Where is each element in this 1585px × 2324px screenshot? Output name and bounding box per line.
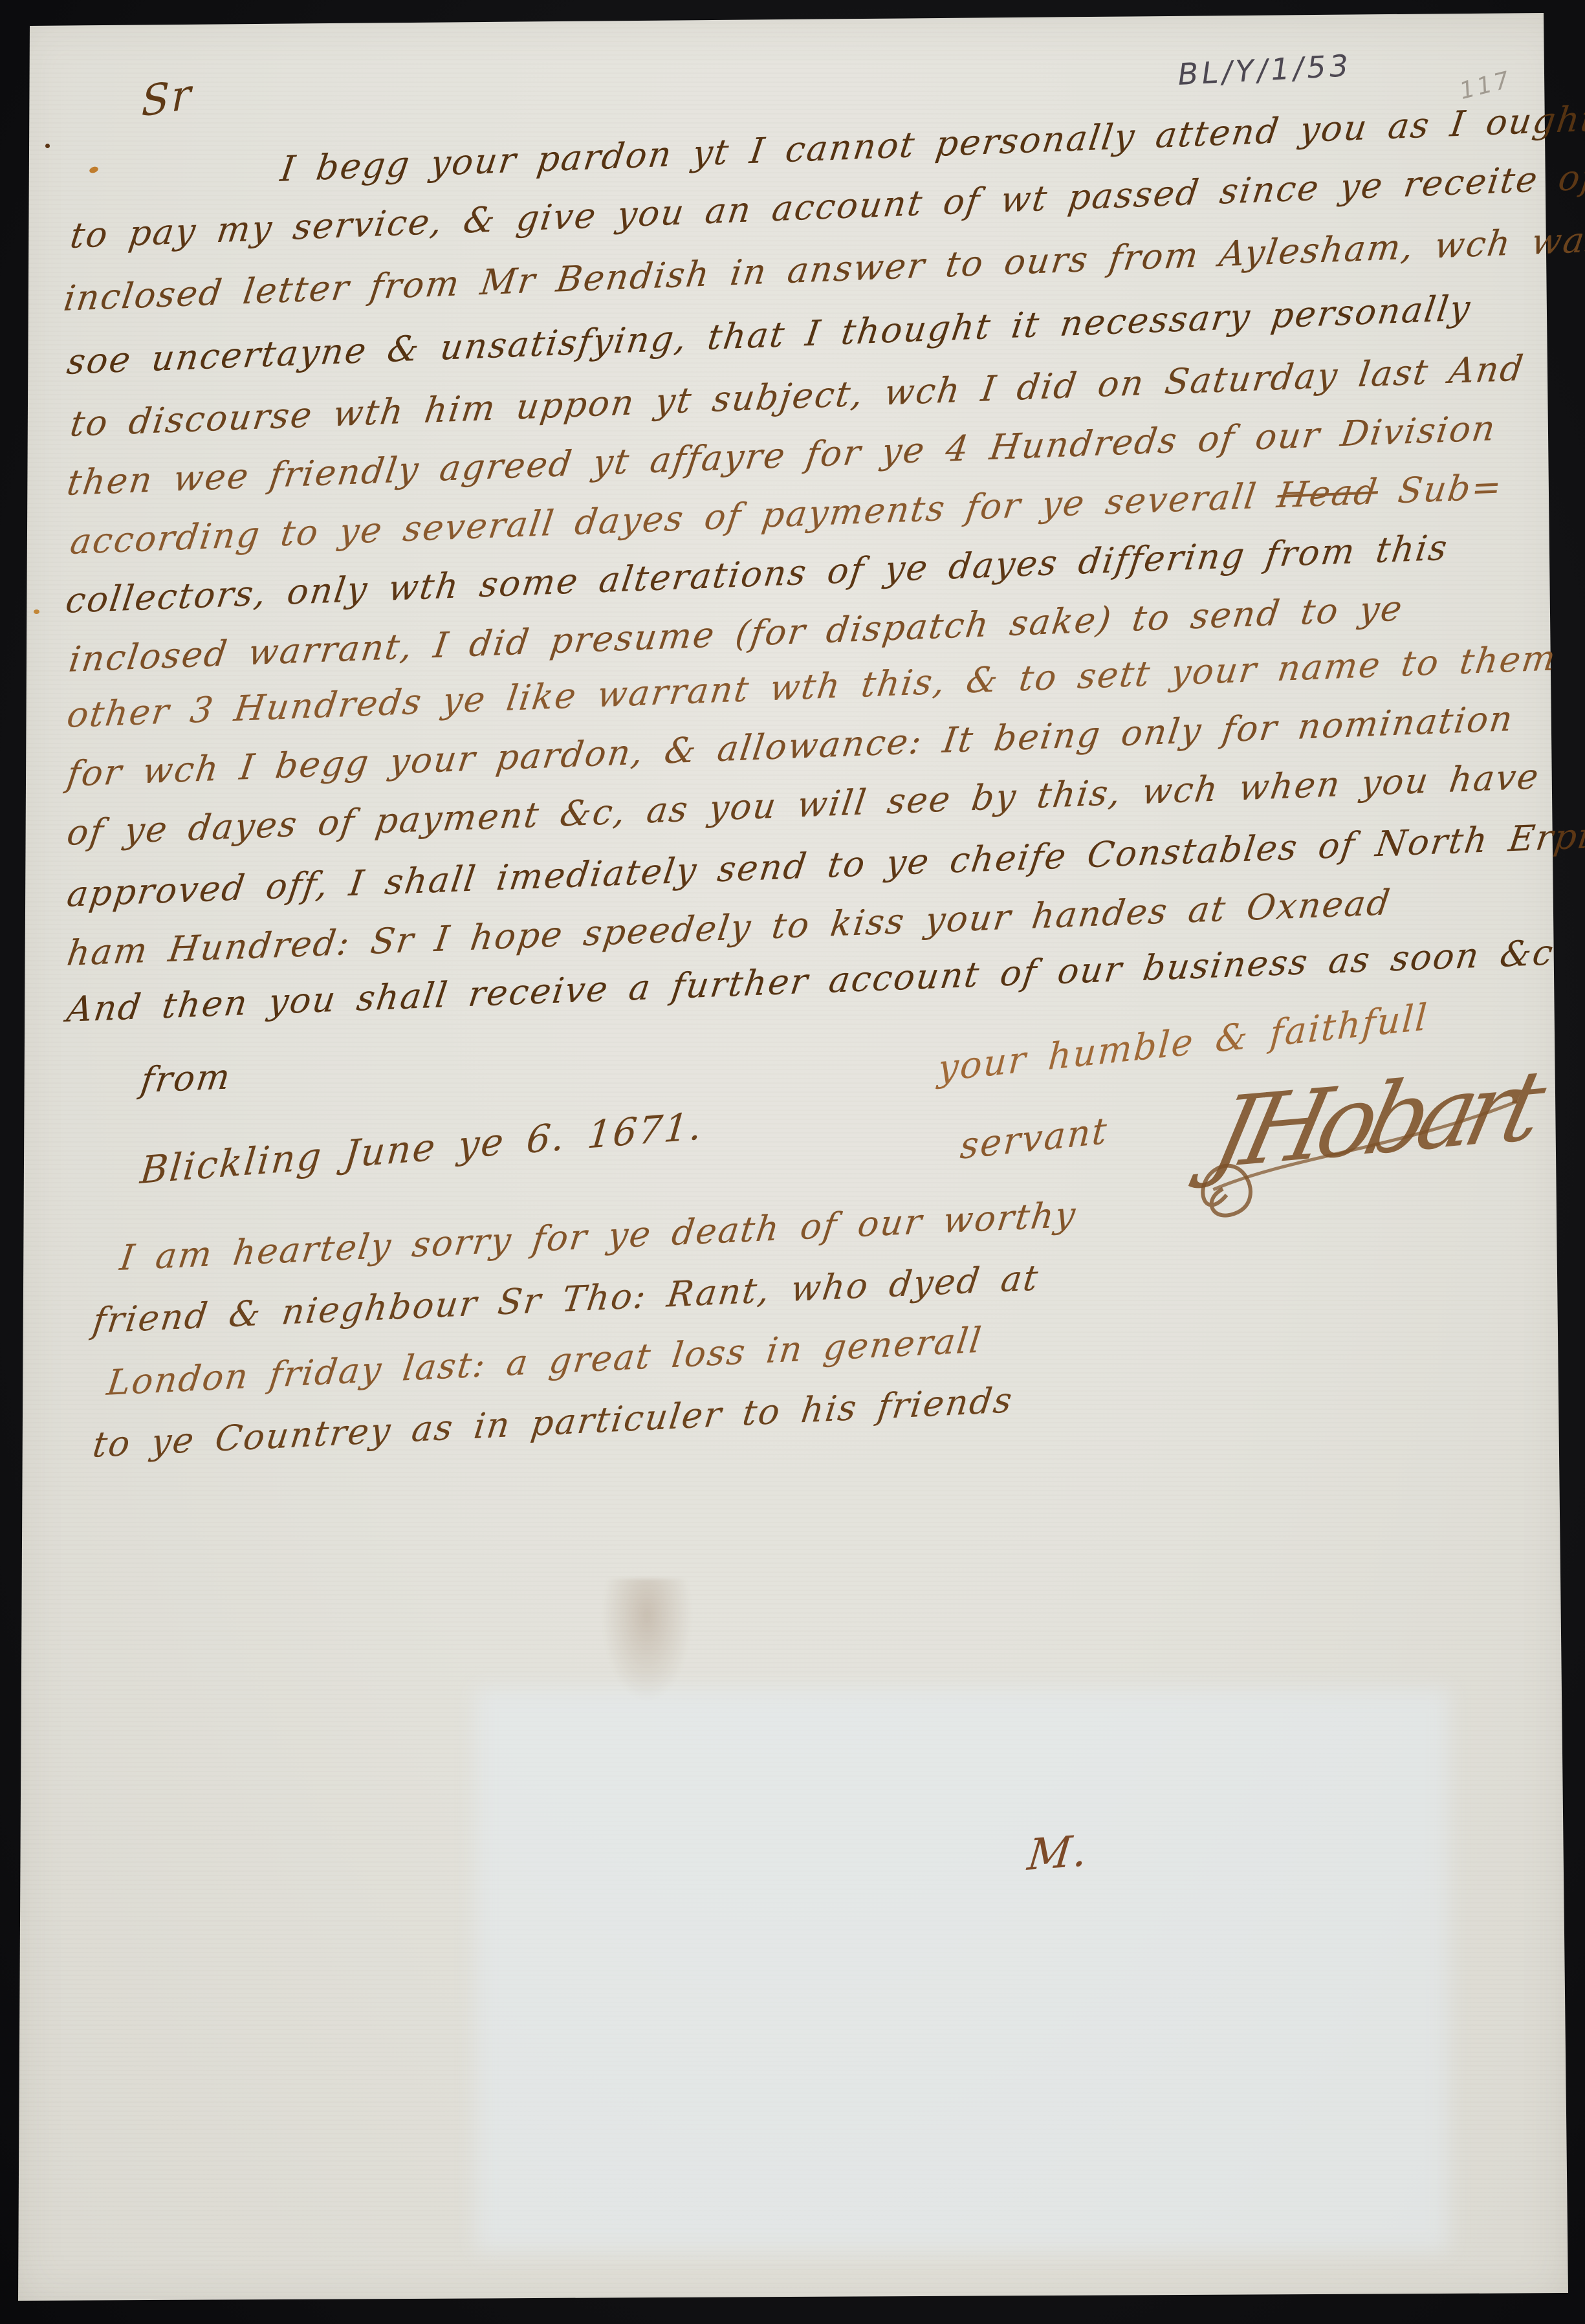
- struck-word: Head: [1274, 471, 1381, 516]
- paper-fleck: [34, 609, 39, 614]
- signature: JHobart: [1177, 1038, 1553, 1250]
- ink-dot: [45, 144, 50, 148]
- salutation: Sr: [141, 71, 193, 126]
- scan-background: BL/Y/1/53 117 Sr I begg your pardon yt I…: [0, 0, 1585, 2324]
- scan-light-band: [475, 1689, 1449, 2252]
- page-mark: M.: [1025, 1828, 1091, 1880]
- letter-line: from: [138, 1057, 234, 1099]
- line-segment: Sub=: [1375, 466, 1505, 512]
- ink-smudge: [602, 1579, 692, 1702]
